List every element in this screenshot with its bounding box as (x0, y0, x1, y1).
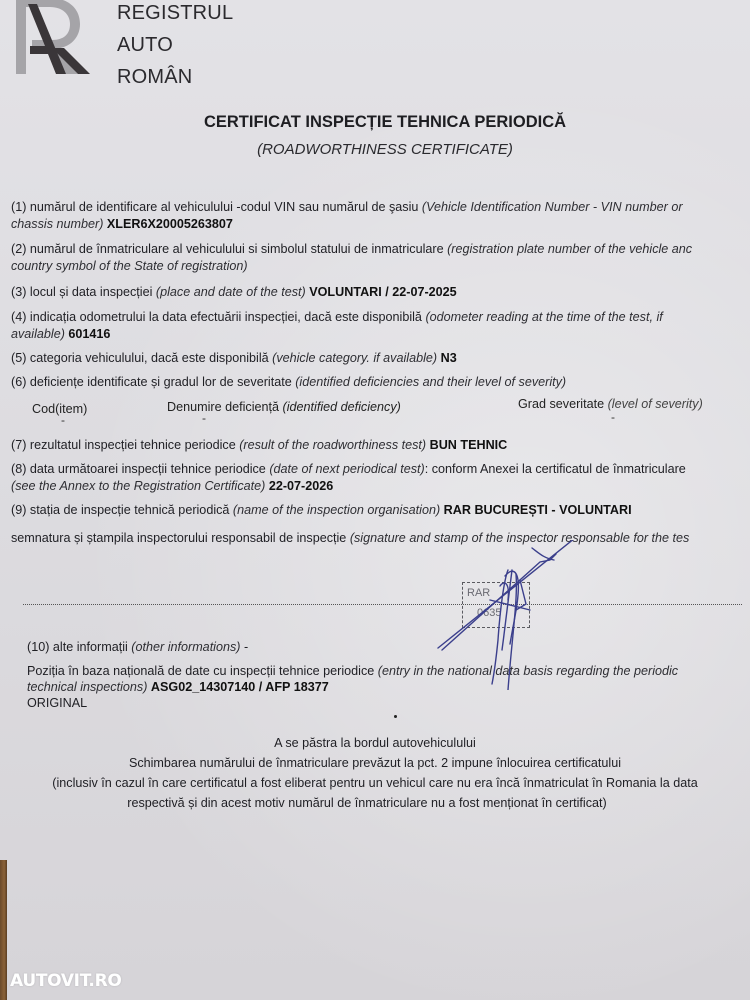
field-label-ro: (10) alte informații (27, 640, 128, 654)
field-label-ro: (1) numărul de identificare al vehiculul… (11, 200, 418, 214)
original-label: ORIGINAL (27, 695, 746, 712)
field-odometer: (4) indicația odometrului la data efectu… (11, 309, 746, 326)
column-label-en: (level of severity) (608, 397, 703, 411)
field-national-db: Poziția în baza națională de date cu ins… (27, 663, 746, 680)
other-info-value: - (244, 640, 248, 654)
field-label-en: (vehicle category. if available) (272, 351, 437, 365)
field-label-ro: Poziția în baza națională de date cu ins… (27, 664, 374, 678)
column-label: Cod(item) (32, 402, 87, 416)
field-label-en: (see the Annex to the Registration Certi… (11, 479, 265, 493)
signature-line (23, 604, 742, 605)
field-label-en: (other informations) (131, 640, 240, 654)
field-vin: (1) numărul de identificare al vehiculul… (11, 199, 746, 216)
footer-note: (inclusiv în cazul în care certificatul … (0, 773, 750, 793)
field-next-test-cont: (see the Annex to the Registration Certi… (11, 478, 746, 495)
field-label-ro: (8) data următoarei inspecții tehnice pe… (11, 462, 266, 476)
column-label-en: (identified deficiency) (283, 400, 401, 414)
code-value: - (61, 413, 65, 427)
footer-note: Schimbarea numărului de înmatriculare pr… (0, 753, 750, 773)
place-date-value: VOLUNTARI / 22-07-2025 (309, 285, 456, 299)
deficiency-value: - (202, 411, 206, 425)
next-test-value: 22-07-2026 (269, 479, 333, 493)
field-odometer-cont: available) 601416 (11, 326, 746, 343)
field-label-ro: (5) categoria vehiculului, dacă este dis… (11, 351, 269, 365)
odometer-value: 601416 (68, 327, 110, 341)
brand-name: REGISTRUL AUTO ROMÂN (117, 0, 233, 93)
column-severity: Grad severitate (level of severity) (518, 397, 703, 411)
footer-note: respectivă și din acest motiv numărul de… (0, 793, 742, 813)
ink-dot (394, 715, 397, 718)
field-label-en: technical inspections) (27, 680, 147, 694)
vin-value: XLER6X20005263807 (107, 217, 233, 231)
field-category: (5) categoria vehiculului, dacă este dis… (11, 350, 746, 367)
field-label-en: (date of next periodical test) (269, 462, 424, 476)
field-label-en: country symbol of the State of registrat… (11, 259, 248, 273)
brand-line: REGISTRUL (117, 0, 233, 29)
field-label-ro: (9) stația de inspecție tehnică periodic… (11, 503, 229, 517)
field-station: (9) stația de inspecție tehnică periodic… (11, 502, 746, 519)
field-label-en: (result of the roadworthiness test) (239, 438, 426, 452)
station-value: RAR BUCUREȘTI - VOLUNTARI (444, 503, 632, 517)
field-label-ro: : conform Anexei la certificatul de înma… (425, 462, 686, 476)
field-registration-cont: country symbol of the State of registrat… (11, 258, 746, 275)
field-label-en: chassis number) (11, 217, 103, 231)
national-db-value: ASG02_14307140 / AFP 18377 (151, 680, 329, 694)
rar-logo-icon (6, 0, 90, 80)
field-other-info: (10) alte informații (other informations… (27, 639, 746, 656)
certificate-title: CERTIFICAT INSPECȚIE TEHNICA PERIODICĂ (0, 113, 750, 132)
column-label: Grad severitate (518, 397, 604, 411)
field-label-ro: (7) rezultatul inspecției tehnice period… (11, 438, 236, 452)
category-value: N3 (441, 351, 457, 365)
field-place-date: (3) locul și data inspecției (place and … (11, 284, 746, 301)
brand-line: ROMÂN (117, 61, 233, 93)
field-vin-cont: chassis number) XLER6X20005263807 (11, 216, 746, 233)
wooden-table-edge (0, 860, 7, 1000)
field-label-en: (entry in the national data basis regard… (378, 664, 678, 678)
field-next-test: (8) data următoarei inspecții tehnice pe… (11, 461, 746, 478)
footer-note: A se păstra la bordul autovehiculului (0, 733, 750, 753)
result-value: BUN TEHNIC (430, 438, 508, 452)
certificate-subtitle: (ROADWORTHINESS CERTIFICATE) (0, 141, 750, 158)
field-label-en: (identified deficiencies and their level… (295, 375, 566, 389)
brand-line: AUTO (117, 29, 233, 61)
severity-value: - (611, 410, 615, 424)
signature-label: semnatura și ștampila inspectorului resp… (11, 530, 746, 547)
field-result: (7) rezultatul inspecției tehnice period… (11, 437, 746, 454)
column-code: Cod(item) (32, 402, 87, 416)
field-deficiencies: (6) deficiențe identificate și gradul lo… (11, 374, 746, 391)
autovit-watermark: AUTOVIT.RO (10, 971, 122, 991)
field-national-db-cont: technical inspections) ASG02_14307140 / … (27, 679, 746, 696)
field-label-en: available) (11, 327, 65, 341)
field-label-en: (odometer reading at the time of the tes… (425, 310, 662, 324)
field-label-ro: semnatura și ștampila inspectorului resp… (11, 531, 346, 545)
field-label-ro: (2) numărul de înmatriculare al vehiculu… (11, 242, 444, 256)
field-label-en: (name of the inspection organisation) (233, 503, 440, 517)
original-text: ORIGINAL (27, 696, 87, 710)
field-label-ro: (3) locul și data inspecției (11, 285, 152, 299)
column-label: Denumire deficiență (167, 400, 279, 414)
field-label-en: (Vehicle Identification Number - VIN num… (422, 200, 683, 214)
field-label-en: (place and date of the test) (156, 285, 306, 299)
field-registration: (2) numărul de înmatriculare al vehiculu… (11, 241, 746, 258)
field-label-ro: (4) indicația odometrului la data efectu… (11, 310, 422, 324)
field-label-ro: (6) deficiențe identificate și gradul lo… (11, 375, 292, 389)
field-label-en: (registration plate number of the vehicl… (447, 242, 692, 256)
